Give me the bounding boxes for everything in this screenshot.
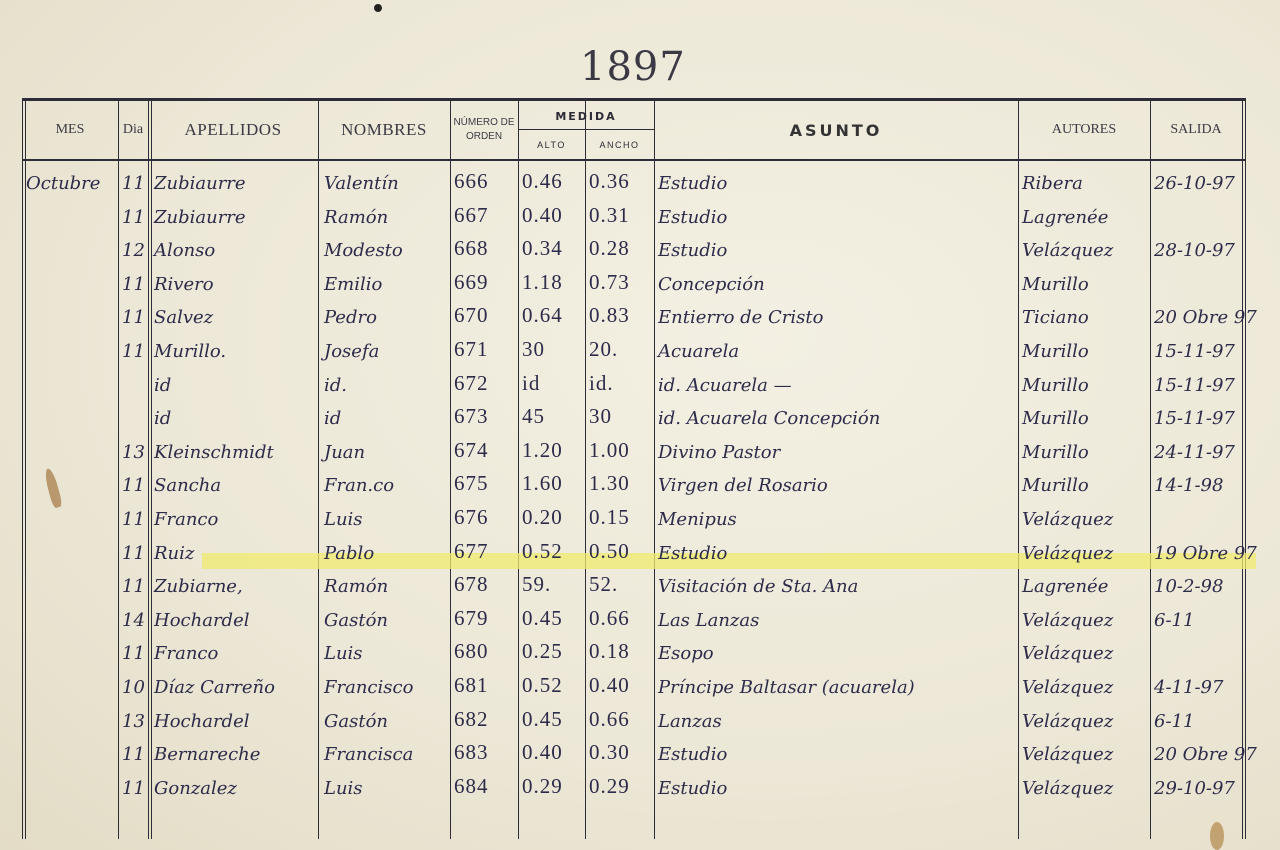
cell-alto: 59. [522, 566, 585, 599]
cell-mes [26, 499, 118, 532]
table-row: 11GonzalezLuis6840.290.29EstudioVelázque… [22, 768, 1246, 799]
cell-alto: 1.18 [522, 264, 585, 297]
cell-salida: 20 Obre 97 [1154, 734, 1242, 767]
cell-autores: Murillo [1022, 365, 1150, 398]
header-apellidos: APELLIDOS [148, 101, 318, 159]
cell-alto: 0.25 [522, 633, 585, 666]
cell-ancho: 0.30 [589, 734, 654, 767]
cell-autores: Velázquez [1022, 667, 1150, 700]
cell-dia: 11 [122, 633, 148, 666]
cell-apellidos: id [154, 365, 318, 398]
cell-asunto: Menipus [658, 499, 1018, 532]
cell-autores: Velázquez [1022, 533, 1150, 566]
cell-autores: Ticiano [1022, 297, 1150, 330]
cell-autores: Velázquez [1022, 701, 1150, 734]
cell-apellidos: Alonso [154, 230, 318, 263]
cell-apellidos: Díaz Carreño [154, 667, 318, 700]
cell-salida: 6-11 [1154, 600, 1242, 633]
table-row: 11ZubiaurreRamón6670.400.31EstudioLagren… [22, 197, 1246, 228]
header-numero-de-orden: NÚMERO DE ORDEN [450, 101, 518, 159]
cell-numero: 669 [454, 264, 518, 297]
cell-asunto: Virgen del Rosario [658, 465, 1018, 498]
table-row: 11RiveroEmilio6691.180.73ConcepciónMuril… [22, 264, 1246, 295]
page-year: 1897 [580, 44, 686, 90]
cell-ancho: 30 [589, 398, 654, 431]
cell-ancho: 0.66 [589, 600, 654, 633]
cell-salida: 6-11 [1154, 701, 1242, 734]
cell-apellidos: id [154, 398, 318, 431]
cell-numero: 670 [454, 297, 518, 330]
cell-asunto: Estudio [658, 197, 1018, 230]
cell-asunto: Estudio [658, 768, 1018, 801]
cell-ancho: 0.15 [589, 499, 654, 532]
cell-nombres: id. [324, 365, 450, 398]
cell-mes [26, 398, 118, 431]
cell-ancho: 0.40 [589, 667, 654, 700]
cell-apellidos: Bernareche [154, 734, 318, 767]
cell-dia: 11 [122, 734, 148, 767]
cell-apellidos: Zubiaurre [154, 163, 318, 196]
cell-nombres: Pedro [324, 297, 450, 330]
cell-nombres: Ramón [324, 197, 450, 230]
cell-numero: 679 [454, 600, 518, 633]
cell-dia: 11 [122, 566, 148, 599]
cell-autores: Murillo [1022, 432, 1150, 465]
cell-alto: 30 [522, 331, 585, 364]
cell-apellidos: Kleinschmidt [154, 432, 318, 465]
table-row: idid.672idid.id. Acuarela —Murillo15-11-… [22, 365, 1246, 396]
cell-salida: 28-10-97 [1154, 230, 1242, 263]
cell-apellidos: Ruiz [154, 533, 318, 566]
cell-nombres: Pablo [324, 533, 450, 566]
cell-autores: Murillo [1022, 398, 1150, 431]
table-row: idid6734530id. Acuarela ConcepciónMurill… [22, 398, 1246, 429]
paper-stain [1210, 822, 1224, 850]
cell-numero: 672 [454, 365, 518, 398]
cell-asunto: Esopo [658, 633, 1018, 666]
cell-dia: 14 [122, 600, 148, 633]
cell-mes [26, 264, 118, 297]
cell-autores: Murillo [1022, 331, 1150, 364]
cell-asunto: Entierro de Cristo [658, 297, 1018, 330]
cell-nombres: Modesto [324, 230, 450, 263]
cell-salida: 15-11-97 [1154, 398, 1242, 431]
cell-alto: 0.45 [522, 701, 585, 734]
cell-asunto: Divino Pastor [658, 432, 1018, 465]
cell-mes [26, 633, 118, 666]
cell-ancho: 20. [589, 331, 654, 364]
cell-mes [26, 701, 118, 734]
cell-dia: 11 [122, 768, 148, 801]
cell-numero: 682 [454, 701, 518, 734]
cell-autores: Velázquez [1022, 734, 1150, 767]
cell-salida: 29-10-97 [1154, 768, 1242, 801]
table-row: 13HochardelGastón6820.450.66LanzasVelázq… [22, 701, 1246, 732]
cell-apellidos: Hochardel [154, 600, 318, 633]
cell-mes [26, 566, 118, 599]
cell-apellidos: Sancha [154, 465, 318, 498]
cell-nombres: Josefa [324, 331, 450, 364]
cell-nombres: Francisca [324, 734, 450, 767]
cell-ancho: 1.30 [589, 465, 654, 498]
header-asunto: ASUNTO [654, 101, 1018, 159]
cell-salida: 14-1-98 [1154, 465, 1242, 498]
cell-mes [26, 331, 118, 364]
cell-salida: 19 Obre 97 [1154, 533, 1242, 566]
cell-apellidos: Franco [154, 499, 318, 532]
cell-dia: 11 [122, 465, 148, 498]
cell-dia [122, 365, 148, 398]
cell-asunto: Concepción [658, 264, 1018, 297]
cell-numero: 680 [454, 633, 518, 666]
header-salida: SALIDA [1150, 101, 1242, 159]
cell-numero: 678 [454, 566, 518, 599]
cell-salida [1154, 633, 1242, 666]
cell-alto: 0.64 [522, 297, 585, 330]
cell-asunto: Príncipe Baltasar (acuarela) [658, 667, 1018, 700]
cell-apellidos: Murillo. [154, 331, 318, 364]
table-row: 11FrancoLuis6800.250.18EsopoVelázquez [22, 633, 1246, 664]
cell-ancho: 1.00 [589, 432, 654, 465]
cell-asunto: Estudio [658, 230, 1018, 263]
cell-autores: Velázquez [1022, 230, 1150, 263]
header-medida: MEDIDA [518, 105, 654, 127]
cell-mes [26, 667, 118, 700]
table-row: 11FrancoLuis6760.200.15MenipusVelázquez [22, 499, 1246, 530]
cell-salida: 15-11-97 [1154, 331, 1242, 364]
cell-alto: 0.40 [522, 197, 585, 230]
cell-asunto: Lanzas [658, 701, 1018, 734]
cell-numero: 667 [454, 197, 518, 230]
cell-salida: 10-2-98 [1154, 566, 1242, 599]
cell-alto: 0.46 [522, 163, 585, 196]
cell-numero: 684 [454, 768, 518, 801]
cell-nombres: Gastón [324, 600, 450, 633]
cell-apellidos: Rivero [154, 264, 318, 297]
cell-salida: 24-11-97 [1154, 432, 1242, 465]
cell-nombres: Valentín [324, 163, 450, 196]
cell-asunto: Visitación de Sta. Ana [658, 566, 1018, 599]
cell-nombres: id [324, 398, 450, 431]
cell-asunto: Estudio [658, 163, 1018, 196]
cell-mes [26, 465, 118, 498]
cell-mes [26, 365, 118, 398]
cell-apellidos: Gonzalez [154, 768, 318, 801]
header-mes: MES [22, 101, 118, 159]
cell-nombres: Luis [324, 633, 450, 666]
cell-asunto: id. Acuarela Concepción [658, 398, 1018, 431]
header-alto: ALTO [518, 133, 585, 157]
cell-salida [1154, 499, 1242, 532]
cell-dia: 11 [122, 264, 148, 297]
cell-numero: 674 [454, 432, 518, 465]
cell-alto: 0.34 [522, 230, 585, 263]
cell-autores: Lagrenée [1022, 197, 1150, 230]
cell-dia: 11 [122, 499, 148, 532]
cell-numero: 683 [454, 734, 518, 767]
cell-dia: 10 [122, 667, 148, 700]
cell-ancho: 0.73 [589, 264, 654, 297]
cell-mes [26, 432, 118, 465]
cell-nombres: Emilio [324, 264, 450, 297]
cell-ancho: 0.66 [589, 701, 654, 734]
cell-autores: Velázquez [1022, 499, 1150, 532]
cell-ancho: 0.50 [589, 533, 654, 566]
cell-dia: 11 [122, 197, 148, 230]
cell-alto: 0.45 [522, 600, 585, 633]
table-row: 10Díaz CarreñoFrancisco6810.520.40Prínci… [22, 667, 1246, 698]
cell-nombres: Luis [324, 768, 450, 801]
table-row: 11Murillo.Josefa6713020.AcuarelaMurillo1… [22, 331, 1246, 362]
cell-numero: 673 [454, 398, 518, 431]
cell-numero: 668 [454, 230, 518, 263]
cell-alto: 0.52 [522, 533, 585, 566]
cell-asunto: id. Acuarela — [658, 365, 1018, 398]
cell-alto: 1.20 [522, 432, 585, 465]
cell-mes [26, 768, 118, 801]
cell-numero: 666 [454, 163, 518, 196]
cell-dia [122, 398, 148, 431]
cell-mes [26, 230, 118, 263]
header-nombres: NOMBRES [318, 101, 450, 159]
cell-nombres: Fran.co [324, 465, 450, 498]
cell-autores: Murillo [1022, 465, 1150, 498]
cell-dia: 11 [122, 297, 148, 330]
cell-autores: Lagrenée [1022, 566, 1150, 599]
cell-alto: 1.60 [522, 465, 585, 498]
cell-ancho: 0.28 [589, 230, 654, 263]
cell-salida [1154, 197, 1242, 230]
cell-salida: 20 Obre 97 [1154, 297, 1242, 330]
cell-numero: 675 [454, 465, 518, 498]
cell-numero: 676 [454, 499, 518, 532]
cell-salida: 26-10-97 [1154, 163, 1242, 196]
cell-asunto: Acuarela [658, 331, 1018, 364]
cell-apellidos: Hochardel [154, 701, 318, 734]
cell-mes: Octubre [26, 163, 118, 196]
cell-salida [1154, 264, 1242, 297]
cell-ancho: 0.83 [589, 297, 654, 330]
ledger-page: 1897 MES Dia APELLIDOS NOMBRES NÚMERO DE… [0, 0, 1280, 850]
cell-ancho: 52. [589, 566, 654, 599]
table-row: 11RuizPablo6770.520.50EstudioVelázquez19… [22, 533, 1246, 564]
cell-salida: 4-11-97 [1154, 667, 1242, 700]
cell-mes [26, 600, 118, 633]
table-row: Octubre11ZubiaurreValentín6660.460.36Est… [22, 163, 1246, 194]
cell-numero: 681 [454, 667, 518, 700]
cell-dia: 11 [122, 163, 148, 196]
cell-asunto: Estudio [658, 533, 1018, 566]
cell-apellidos: Zubiaurre [154, 197, 318, 230]
cell-autores: Murillo [1022, 264, 1150, 297]
cell-nombres: Luis [324, 499, 450, 532]
cell-asunto: Las Lanzas [658, 600, 1018, 633]
cell-apellidos: Franco [154, 633, 318, 666]
table-row: 11Zubiarne,Ramón67859.52.Visitación de S… [22, 566, 1246, 597]
cell-ancho: 0.29 [589, 768, 654, 801]
cell-alto: 0.20 [522, 499, 585, 532]
cell-dia: 13 [122, 432, 148, 465]
cell-salida: 15-11-97 [1154, 365, 1242, 398]
ink-dot [374, 4, 382, 12]
table-row: 11BernarecheFrancisca6830.400.30EstudioV… [22, 734, 1246, 765]
cell-dia: 11 [122, 331, 148, 364]
cell-asunto: Estudio [658, 734, 1018, 767]
table-row: 12AlonsoModesto6680.340.28EstudioVelázqu… [22, 230, 1246, 261]
cell-autores: Ribera [1022, 163, 1150, 196]
cell-mes [26, 533, 118, 566]
cell-nombres: Gastón [324, 701, 450, 734]
header-ancho: ANCHO [585, 133, 654, 157]
cell-apellidos: Zubiarne, [154, 566, 318, 599]
cell-mes [26, 734, 118, 767]
cell-mes [26, 297, 118, 330]
cell-apellidos: Salvez [154, 297, 318, 330]
cell-alto: 0.29 [522, 768, 585, 801]
cell-dia: 11 [122, 533, 148, 566]
cell-alto: 0.40 [522, 734, 585, 767]
cell-numero: 671 [454, 331, 518, 364]
cell-alto: 45 [522, 398, 585, 431]
cell-nombres: Ramón [324, 566, 450, 599]
cell-numero: 677 [454, 533, 518, 566]
cell-ancho: 0.18 [589, 633, 654, 666]
header-dia: Dia [118, 101, 148, 159]
table-row: 11SalvezPedro6700.640.83Entierro de Cris… [22, 297, 1246, 328]
cell-alto: 0.52 [522, 667, 585, 700]
cell-dia: 13 [122, 701, 148, 734]
cell-ancho: id. [589, 365, 654, 398]
cell-autores: Velázquez [1022, 768, 1150, 801]
cell-nombres: Juan [324, 432, 450, 465]
cell-nombres: Francisco [324, 667, 450, 700]
cell-mes [26, 197, 118, 230]
cell-ancho: 0.36 [589, 163, 654, 196]
table-row: 11SanchaFran.co6751.601.30Virgen del Ros… [22, 465, 1246, 496]
table-row: 13KleinschmidtJuan6741.201.00Divino Past… [22, 432, 1246, 463]
cell-ancho: 0.31 [589, 197, 654, 230]
ledger-table: MES Dia APELLIDOS NOMBRES NÚMERO DE ORDE… [22, 98, 1246, 839]
cell-autores: Velázquez [1022, 633, 1150, 666]
header-autores: AUTORES [1018, 101, 1150, 159]
table-row: 14HochardelGastón6790.450.66Las LanzasVe… [22, 600, 1246, 631]
cell-autores: Velázquez [1022, 600, 1150, 633]
cell-alto: id [522, 365, 585, 398]
cell-dia: 12 [122, 230, 148, 263]
